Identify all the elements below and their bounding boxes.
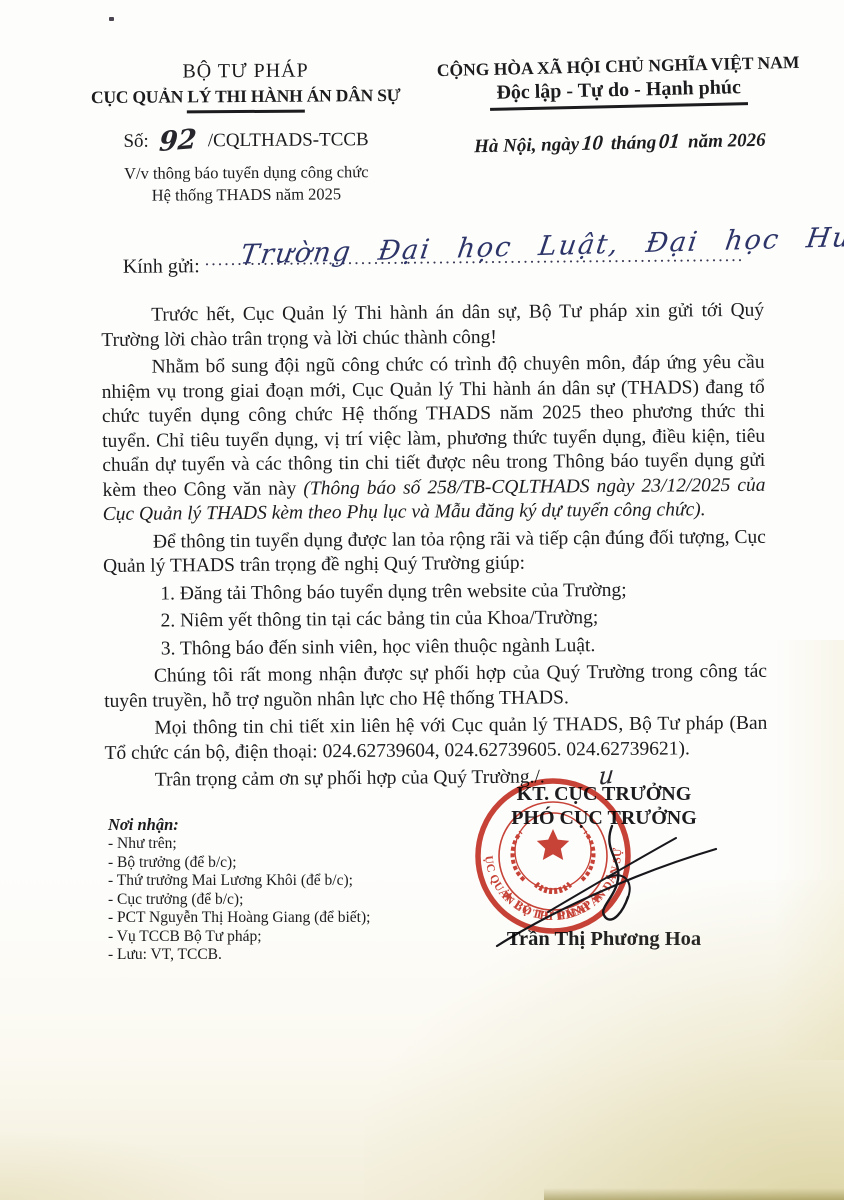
paragraphs: Trước hết, Cục Quản lý Thi hành án dân s… (101, 299, 768, 796)
seal-star-icon (537, 829, 569, 860)
scanned-official-letter: BỘ TƯ PHÁP CỤC QUẢN LÝ THI HÀNH ÁN DÂN S… (0, 0, 844, 1200)
signer-title-2: PHÓ CỤC TRƯỞNG (454, 806, 754, 830)
subject-line-2: Hệ thống THADS năm 2025 (56, 182, 436, 207)
distribution-item: - Như trên; (108, 835, 448, 854)
signer-title-block: KT. CỤC TRƯỞNG PHÓ CỤC TRƯỞNG (454, 782, 754, 830)
ministry-name: BỘ TƯ PHÁP (55, 59, 435, 85)
request-item-3: 3. Thông báo đến sinh viên, học viên thu… (161, 632, 767, 661)
paragraph-request: Để thông tin tuyển dụng được lan tỏa rộn… (103, 525, 766, 579)
date-part-1: Hà Nội, ngày (474, 133, 579, 156)
department-name: CỤC QUẢN LÝ THI HÀNH ÁN DÂN SỰ (56, 85, 436, 109)
request-item-1: 1. Đăng tải Thông báo tuyển dụng trên we… (160, 577, 766, 606)
distribution-item: - Bộ trưởng (để b/c); (108, 854, 448, 873)
letterhead: BỘ TƯ PHÁP CỤC QUẢN LÝ THI HÀNH ÁN DÂN S… (0, 0, 844, 212)
request-item-2: 2. Niêm yết thông tin tại các bảng tin c… (160, 605, 766, 634)
paragraph-greeting: Trước hết, Cục Quản lý Thi hành án dân s… (101, 299, 764, 353)
paragraph-contact: Mọi thông tin chi tiết xin liên hệ với C… (104, 712, 767, 766)
document-number-line: Số: 92 /CQLTHADS-TCCB (56, 123, 436, 157)
number-prefix: Số: (123, 130, 149, 151)
issuing-agency-block: BỘ TƯ PHÁP CỤC QUẢN LÝ THI HÀNH ÁN DÂN S… (55, 59, 436, 207)
letter-body: Kính gửi: ..............................… (0, 244, 844, 796)
distribution-label: Nơi nhận: (108, 815, 448, 835)
handwritten-document-number: 92 (159, 123, 198, 157)
scan-shading-edge (544, 1188, 844, 1200)
national-header-block: CỘNG HÒA XÃ HỘI CHỦ NGHĨA VIỆT NAM Độc l… (435, 52, 803, 159)
recipient-line: Kính gửi: ..............................… (123, 245, 764, 286)
date-part-2: tháng (611, 132, 657, 154)
subject-line-1: V/v thông báo tuyển dụng công chức (56, 160, 436, 185)
handwritten-day: 10 (581, 130, 604, 156)
scan-shading-corner (364, 880, 844, 1200)
department-underline (187, 110, 305, 113)
signer-title-1: KT. CỤC TRƯỞNG (454, 782, 754, 806)
number-suffix: /CQLTHADS-TCCB (208, 129, 369, 151)
date-part-3: năm 2026 (688, 129, 766, 152)
recipient-label: Kính gửi: (123, 255, 200, 279)
scan-shading-left (0, 1130, 240, 1200)
place-date-line: Hà Nội, ngày10 tháng01 năm 2026 (437, 125, 803, 158)
request-list: 1. Đăng tải Thông báo tuyển dụng trên we… (160, 577, 767, 661)
handwritten-month: 01 (658, 128, 681, 154)
paragraph-cooperation: Chúng tôi rất mong nhận được sự phối hợp… (104, 660, 767, 714)
paragraph-purpose: Nhằm bổ sung đội ngũ công chức có trình … (101, 351, 765, 528)
